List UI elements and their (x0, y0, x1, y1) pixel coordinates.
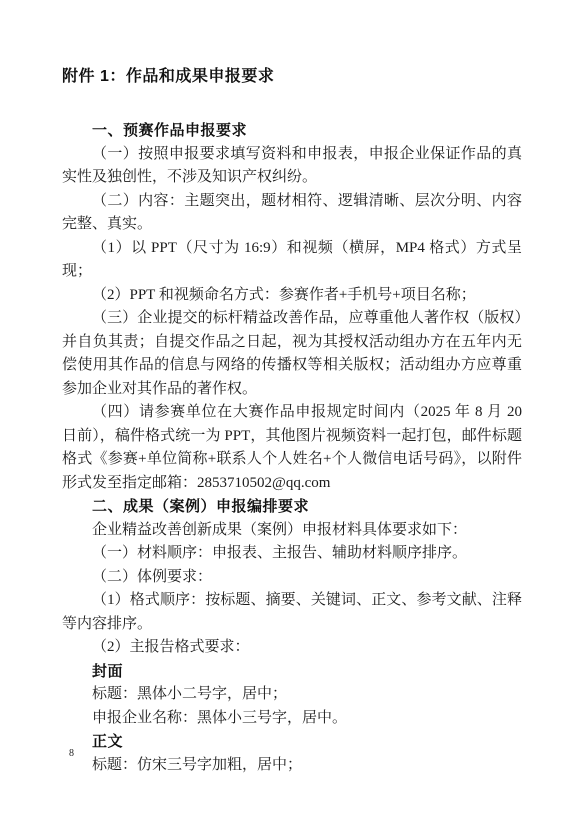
document-title: 附件 1：作品和成果申报要求 (62, 66, 522, 88)
paragraph: （1）格式顺序：按标题、摘要、关键词、正文、参考文献、注释等内容排序。 (62, 589, 522, 636)
paragraph: （二）体例要求： (62, 566, 522, 590)
paragraph: （一）材料顺序：申报表、主报告、辅助材料顺序排序。 (62, 542, 522, 566)
paragraph: （三）企业提交的标杆精益改善作品，应尊重他人著作权（版权）并自负其责；自提交作品… (62, 307, 522, 401)
page-number: 8 (69, 748, 74, 759)
document-body: 一、预赛作品申报要求（一）按照申报要求填写资料和申报表，申报企业保证作品的真实性… (62, 119, 522, 777)
section-heading: 二、成果（案例）申报编排要求 (62, 495, 522, 519)
paragraph: 标题：黑体小二号字，居中； (62, 683, 522, 707)
paragraph: 申报企业名称：黑体小三号字，居中。 (62, 707, 522, 731)
paragraph: （2）主报告格式要求： (62, 636, 522, 660)
document-page: 附件 1：作品和成果申报要求 一、预赛作品申报要求（一）按照申报要求填写资料和申… (0, 0, 580, 820)
sub-heading: 封面 (62, 660, 522, 684)
sub-heading: 正文 (62, 730, 522, 754)
paragraph: 企业精益改善创新成果（案例）申报材料具体要求如下： (62, 519, 522, 543)
section-heading: 一、预赛作品申报要求 (62, 119, 522, 143)
paragraph: （一）按照申报要求填写资料和申报表，申报企业保证作品的真实性及独创性，不涉及知识… (62, 143, 522, 190)
paragraph: 标题：仿宋三号字加粗，居中； (62, 754, 522, 778)
paragraph: （四）请参赛单位在大赛作品申报规定时间内（2025 年 8 月 20 日前），稿… (62, 401, 522, 495)
paragraph: （2）PPT 和视频命名方式：参赛作者+手机号+项目名称； (62, 284, 522, 308)
paragraph: （二）内容：主题突出，题材相符、逻辑清晰、层次分明、内容完整、真实。 (62, 190, 522, 237)
paragraph: （1）以 PPT（尺寸为 16:9）和视频（横屏，MP4 格式）方式呈现； (62, 237, 522, 284)
